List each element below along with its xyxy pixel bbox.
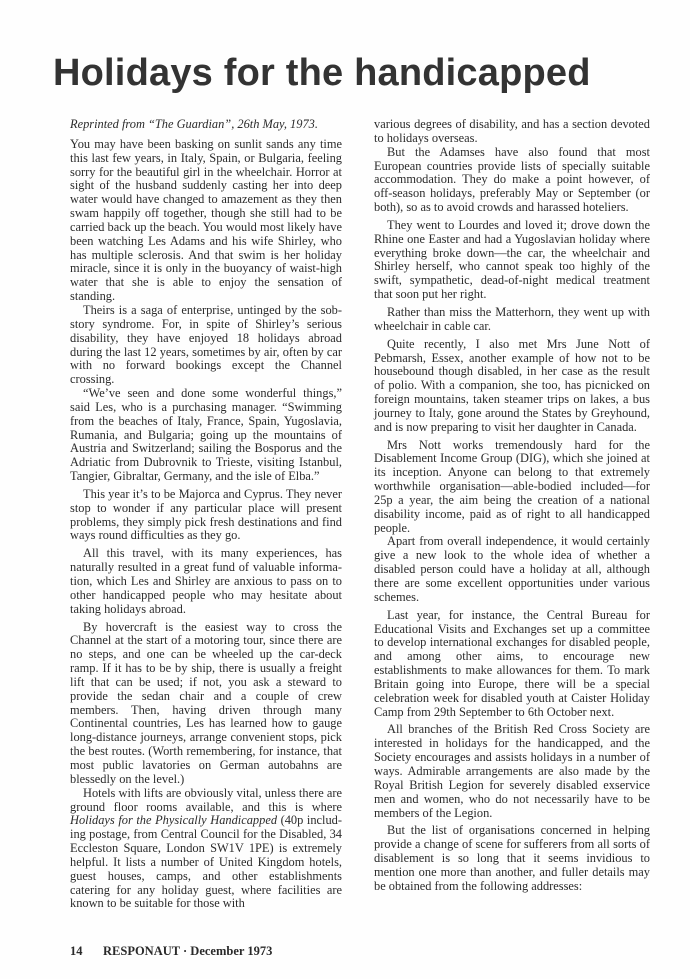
paragraph-text: Hotels with lifts are obviously vital, u…: [70, 786, 342, 814]
article-title: Holidays for the handicapped: [53, 52, 591, 95]
book-title: Holidays for the Physically Handicapped: [70, 813, 277, 827]
article-source: Reprinted from “The Guardian”, 26th May,…: [70, 118, 342, 132]
left-column: Reprinted from “The Guardian”, 26th May,…: [70, 118, 342, 911]
paragraph: But the Adamses have also found that mos…: [374, 146, 650, 215]
paragraph: various degrees of disability, and has a…: [374, 118, 650, 146]
right-column: various degrees of disability, and has a…: [374, 118, 650, 894]
paragraph: “We’ve seen and done some wonderful thin…: [70, 387, 342, 484]
paragraph: Quite recently, I also met Mrs June Nott…: [374, 338, 650, 435]
paragraph: Mrs Nott works tremendously hard for the…: [374, 439, 650, 536]
paragraph: By hovercraft is the easiest way to cros…: [70, 621, 342, 787]
paragraph: Hotels with lifts are obviously vital, u…: [70, 787, 342, 912]
paragraph: All branches of the British Red Cross So…: [374, 723, 650, 820]
paragraph: Theirs is a saga of enterprise, untinged…: [70, 304, 342, 387]
page-footer: 14RESPONAUT · December 1973: [70, 944, 272, 959]
paragraph-text: (40p includ­ing postage, from Central Co…: [70, 813, 342, 910]
paragraph: They went to Lourdes and loved it; drove…: [374, 219, 650, 302]
paragraph: This year it’s to be Majorca and Cyprus.…: [70, 488, 342, 543]
paragraph: Last year, for instance, the Central Bur…: [374, 609, 650, 720]
paragraph: But the list of organisations concerned …: [374, 824, 650, 893]
paragraph: Apart from overall independence, it woul…: [374, 535, 650, 604]
publication-info: RESPONAUT · December 1973: [103, 944, 272, 958]
page-number: 14: [70, 944, 103, 959]
paragraph: Rather than miss the Matterhorn, they we…: [374, 306, 650, 334]
paragraph: You may have been basking on sunlit sand…: [70, 138, 342, 304]
paragraph: All this travel, with its many experienc…: [70, 547, 342, 616]
